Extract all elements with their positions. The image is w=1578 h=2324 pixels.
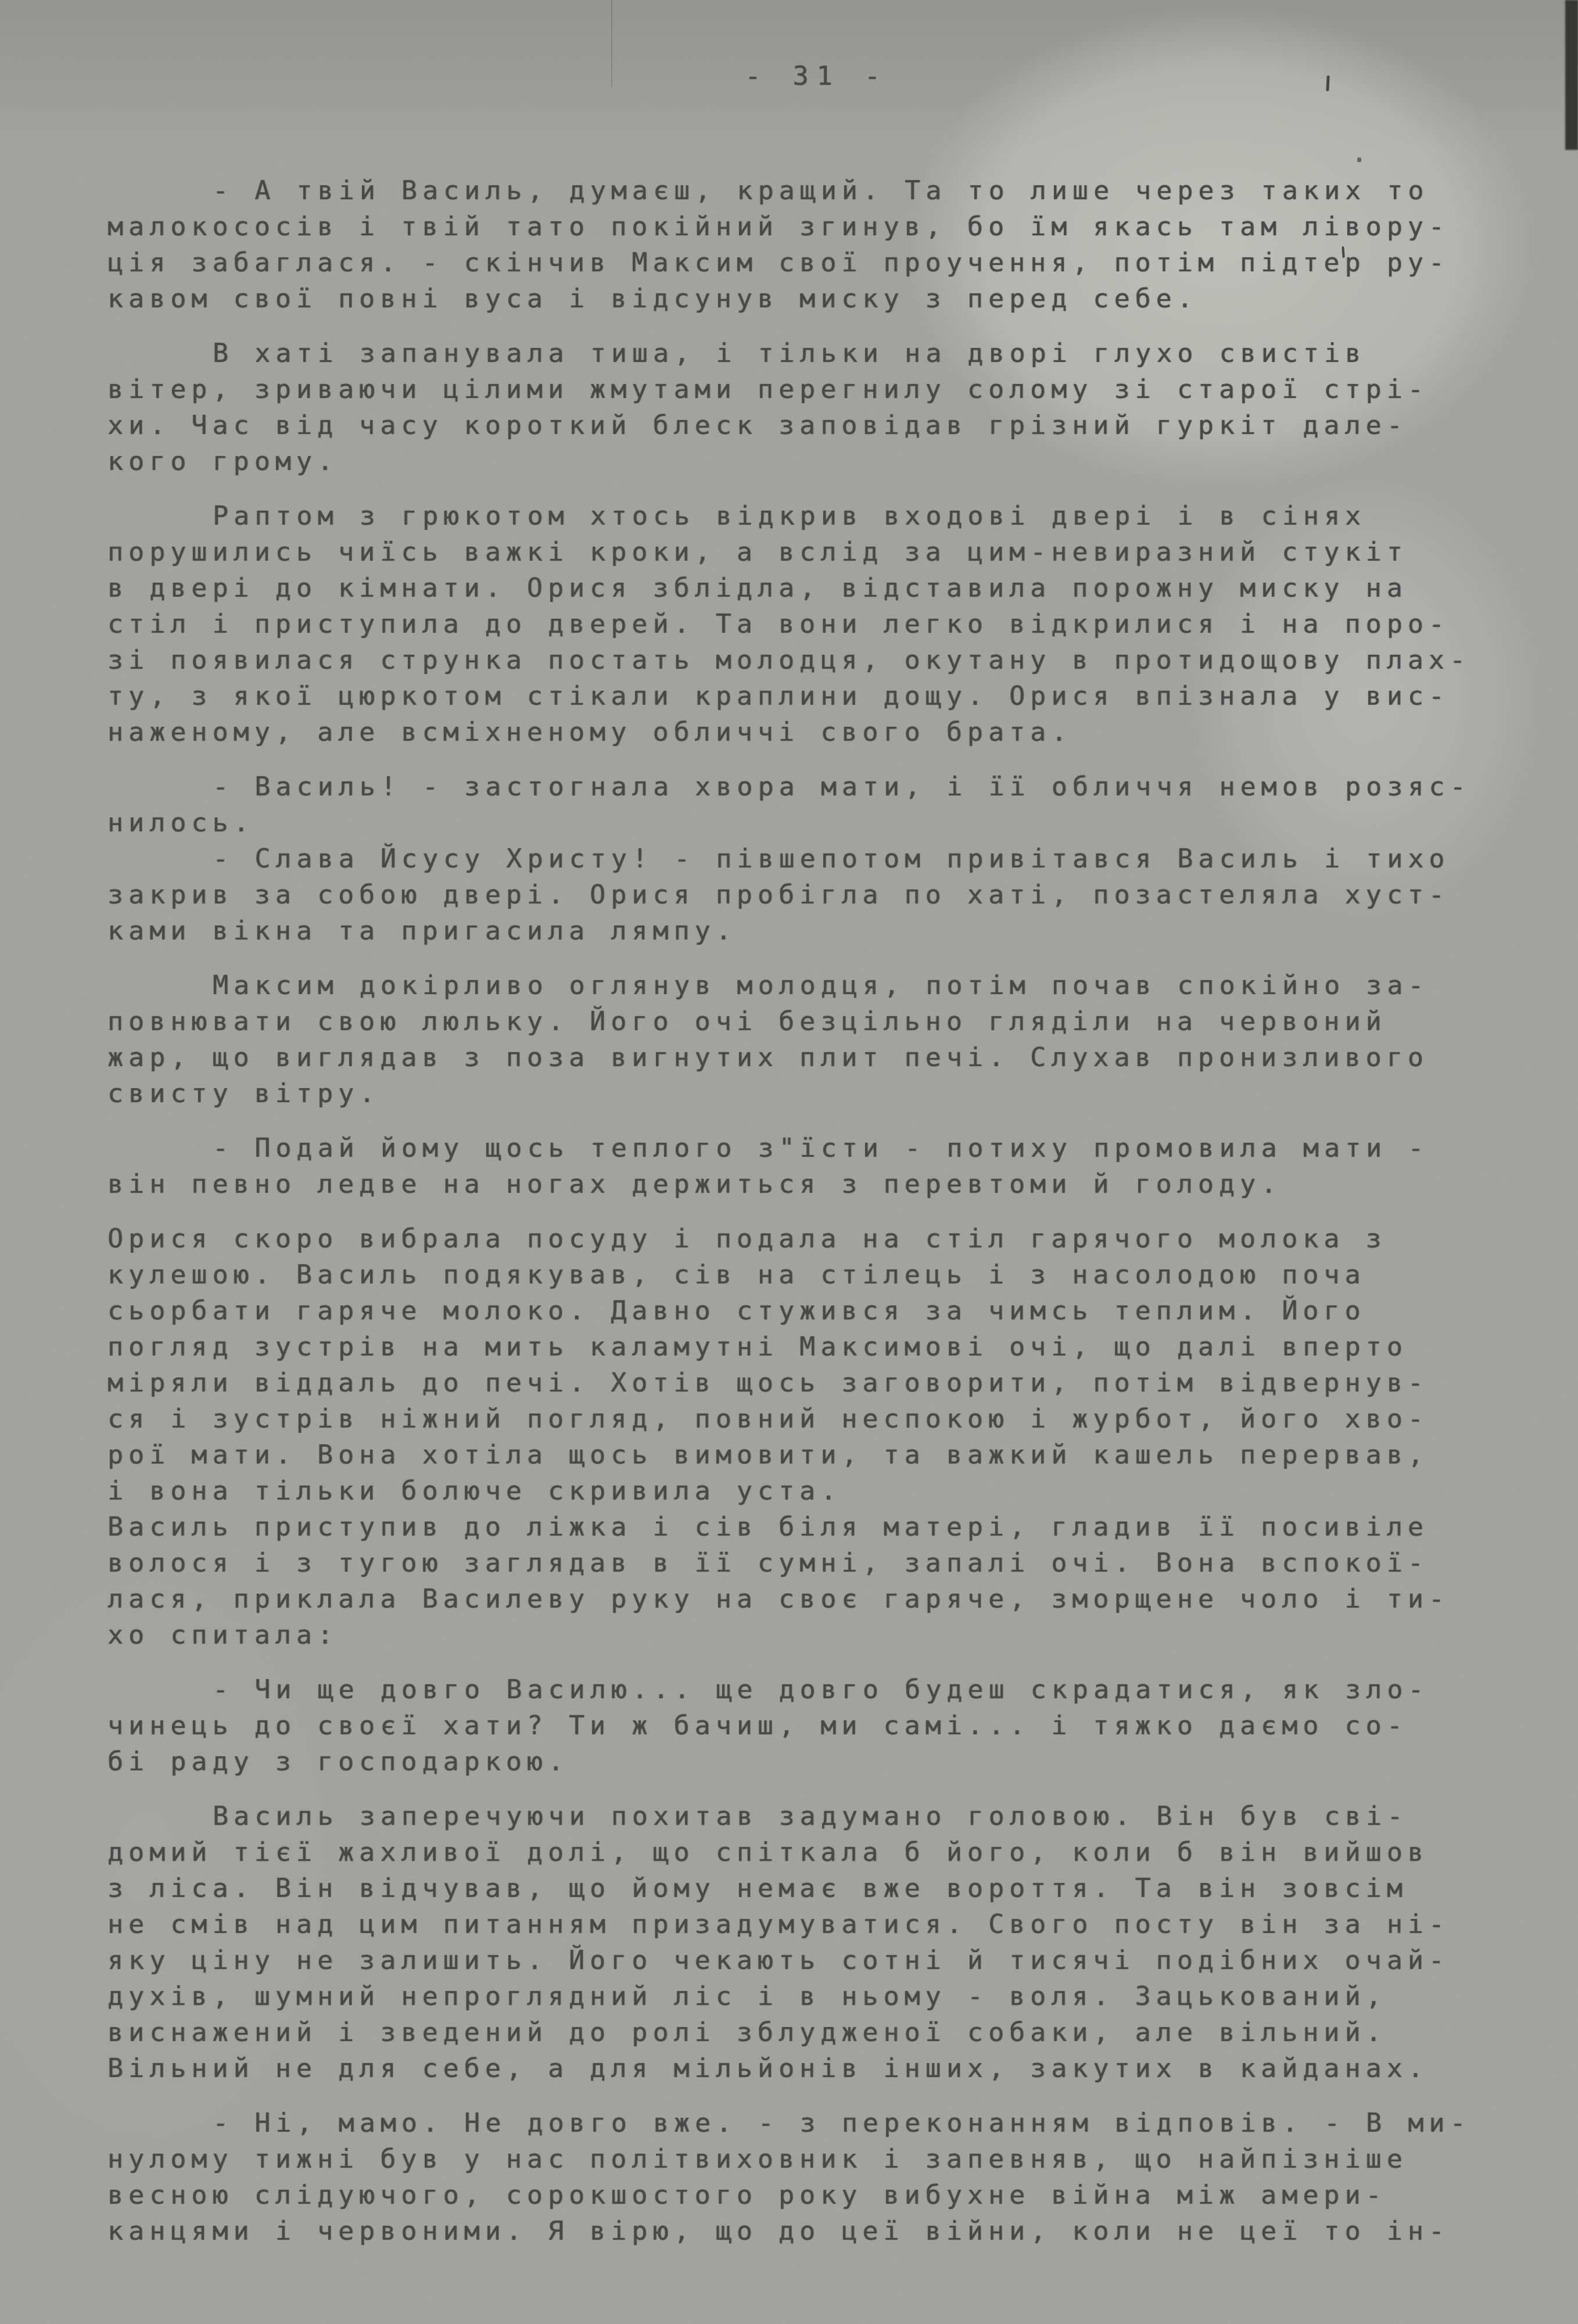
text-line: - Василь! - застогнала хвора мати, і її … bbox=[107, 769, 1526, 805]
text-line: наженому, але всміхненому обличчі свого … bbox=[107, 714, 1526, 750]
paragraph: - Слава Йсусу Христу! - півшепотом приві… bbox=[107, 841, 1526, 949]
text-line: домий тієї жахливої долі, що спіткала б … bbox=[107, 1834, 1526, 1870]
paragraph: - А твій Василь, думаєш, кращий. Та то л… bbox=[107, 173, 1526, 317]
text-line: духів, шумний непроглядний ліс і в ньому… bbox=[107, 1978, 1526, 2014]
text-line: Максим докірливо оглянув молодця, потім … bbox=[107, 967, 1526, 1003]
text-line: В хаті запанувала тиша, і тільки на двор… bbox=[107, 335, 1526, 371]
text-line: в двері до кімнати. Орися зблідла, відст… bbox=[107, 570, 1526, 606]
text-line: Орися скоро вибрала посуду і подала на с… bbox=[107, 1221, 1526, 1257]
text-line: і вона тільки болюче скривила уста. bbox=[107, 1473, 1526, 1509]
text-line: - Ні, мамо. Не довго вже. - з переконанн… bbox=[107, 2105, 1526, 2141]
paragraph: - Василь! - застогнала хвора мати, і її … bbox=[107, 769, 1526, 841]
scanned-document-page: - 31 - - А твій Василь, думаєш, кращий. … bbox=[0, 0, 1578, 2324]
text-line: закрив за собою двері. Орися пробігла по… bbox=[107, 877, 1526, 913]
text-line: виснажений і зведений до ролі зблудженої… bbox=[107, 2014, 1526, 2050]
text-line: канцями і червоними. Я вірю, що до цеї в… bbox=[107, 2213, 1526, 2249]
text-line: весною слідуючого, сорокшостого року виб… bbox=[107, 2177, 1526, 2213]
text-line: з ліса. Він відчував, що йому немає вже … bbox=[107, 1870, 1526, 1906]
text-line: погляд зустрів на мить каламутні Максимо… bbox=[107, 1329, 1526, 1365]
text-line: свисту вітру. bbox=[107, 1075, 1526, 1111]
text-line: кулешою. Василь подякував, сів на стілец… bbox=[107, 1257, 1526, 1293]
text-line: кого грому. bbox=[107, 443, 1526, 479]
paragraph: В хаті запанувала тиша, і тільки на двор… bbox=[107, 335, 1526, 479]
text-line: - Чи ще довго Василю... ще довго будеш с… bbox=[107, 1672, 1526, 1708]
text-line: волося і з тугою заглядав в її сумні, за… bbox=[107, 1545, 1526, 1581]
text-line: ція забаглася. - скінчив Максим свої про… bbox=[107, 245, 1526, 281]
paragraphs-container: - А твій Василь, думаєш, кращий. Та то л… bbox=[107, 173, 1526, 2249]
text-line: стіл і приступила до дверей. Та вони лег… bbox=[107, 606, 1526, 642]
text-line: бі раду з господаркою. bbox=[107, 1744, 1526, 1780]
text-line: він певно ледве на ногах держиться з пер… bbox=[107, 1166, 1526, 1202]
paragraph: Василь заперечуючи похитав задумано голо… bbox=[107, 1798, 1526, 2086]
text-line: Василь приступив до ліжка і сів біля мат… bbox=[107, 1509, 1526, 1545]
paragraph: Максим докірливо оглянув молодця, потім … bbox=[107, 967, 1526, 1111]
text-line: - Подай йому щось теплого з"їсти - потих… bbox=[107, 1130, 1526, 1166]
paragraph: Орися скоро вибрала посуду і подала на с… bbox=[107, 1221, 1526, 1653]
text-line: не смів над цим питанням призадумуватися… bbox=[107, 1906, 1526, 1942]
page-number: - 31 - bbox=[107, 58, 1526, 94]
paragraph: - Подай йому щось теплого з"їсти - потих… bbox=[107, 1130, 1526, 1202]
text-line: - А твій Василь, думаєш, кращий. Та то л… bbox=[107, 173, 1526, 209]
text-line: лася, приклала Василеву руку на своє гар… bbox=[107, 1581, 1526, 1617]
typewritten-text: - 31 - - А твій Василь, думаєш, кращий. … bbox=[0, 0, 1578, 2268]
text-line: повнювати свою люльку. Його очі безцільн… bbox=[107, 1003, 1526, 1039]
text-line: вітер, зриваючи цілими жмутами перегнилу… bbox=[107, 371, 1526, 407]
text-line: нилось. bbox=[107, 805, 1526, 841]
text-line: Вільний не для себе, а для мільйонів інш… bbox=[107, 2050, 1526, 2086]
text-line: хо спитала: bbox=[107, 1617, 1526, 1653]
text-line: рої мати. Вона хотіла щось вимовити, та … bbox=[107, 1437, 1526, 1473]
text-line: яку ціну не залишить. Його чекають сотні… bbox=[107, 1942, 1526, 1978]
text-line: - Слава Йсусу Христу! - півшепотом приві… bbox=[107, 841, 1526, 877]
paragraph: - Ні, мамо. Не довго вже. - з переконанн… bbox=[107, 2105, 1526, 2249]
paragraph: Раптом з грюкотом хтось відкрив входові … bbox=[107, 498, 1526, 750]
text-line: міряли віддаль до печі. Хотів щось загов… bbox=[107, 1365, 1526, 1401]
paragraph: - Чи ще довго Василю... ще довго будеш с… bbox=[107, 1672, 1526, 1780]
text-line: чинець до своєї хати? Ти ж бачиш, ми сам… bbox=[107, 1708, 1526, 1744]
text-line: ту, з якої цюркотом стікали краплини дощ… bbox=[107, 678, 1526, 714]
text-line: порушились чиїсь важкі кроки, а вслід за… bbox=[107, 534, 1526, 570]
text-line: Раптом з грюкотом хтось відкрив входові … bbox=[107, 498, 1526, 534]
text-line: сьорбати гаряче молоко. Давно стужився з… bbox=[107, 1293, 1526, 1329]
text-line: малокососів і твій тато покійний згинув,… bbox=[107, 209, 1526, 245]
text-line: ками вікна та пригасила лямпу. bbox=[107, 913, 1526, 949]
text-line: хи. Час від часу короткий блеск заповіда… bbox=[107, 407, 1526, 443]
text-line: ся і зустрів ніжний погляд, повний неспо… bbox=[107, 1401, 1526, 1437]
text-line: жар, що виглядав з поза вигнутих плит пе… bbox=[107, 1039, 1526, 1075]
text-line: нулому тижні був у нас політвиховник і з… bbox=[107, 2141, 1526, 2177]
text-line: кавом свої повні вуса і відсунув миску з… bbox=[107, 281, 1526, 317]
text-line: зі появилася струнка постать молодця, ок… bbox=[107, 642, 1526, 678]
text-line: Василь заперечуючи похитав задумано голо… bbox=[107, 1798, 1526, 1834]
